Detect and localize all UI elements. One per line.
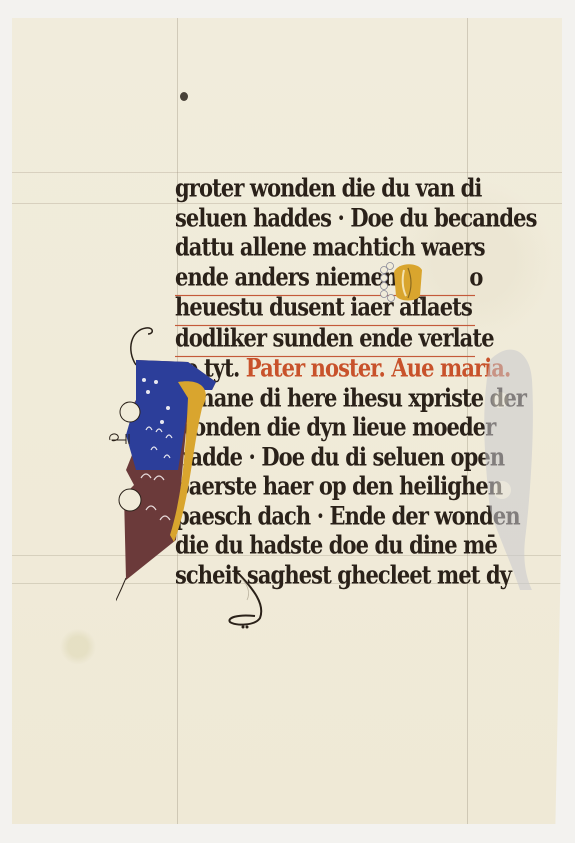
descender-flourish [225, 570, 285, 630]
show-through-initial [470, 340, 540, 590]
text-line-14: scheit saghest ghecleet met dy [175, 557, 475, 592]
text-column: groter wonden die du van di seluen hadde… [175, 176, 475, 592]
minor-initial-icon [378, 258, 430, 308]
illuminated-initial-icon [116, 320, 216, 620]
marginal-mark [106, 428, 136, 448]
ink-stain [180, 92, 188, 101]
